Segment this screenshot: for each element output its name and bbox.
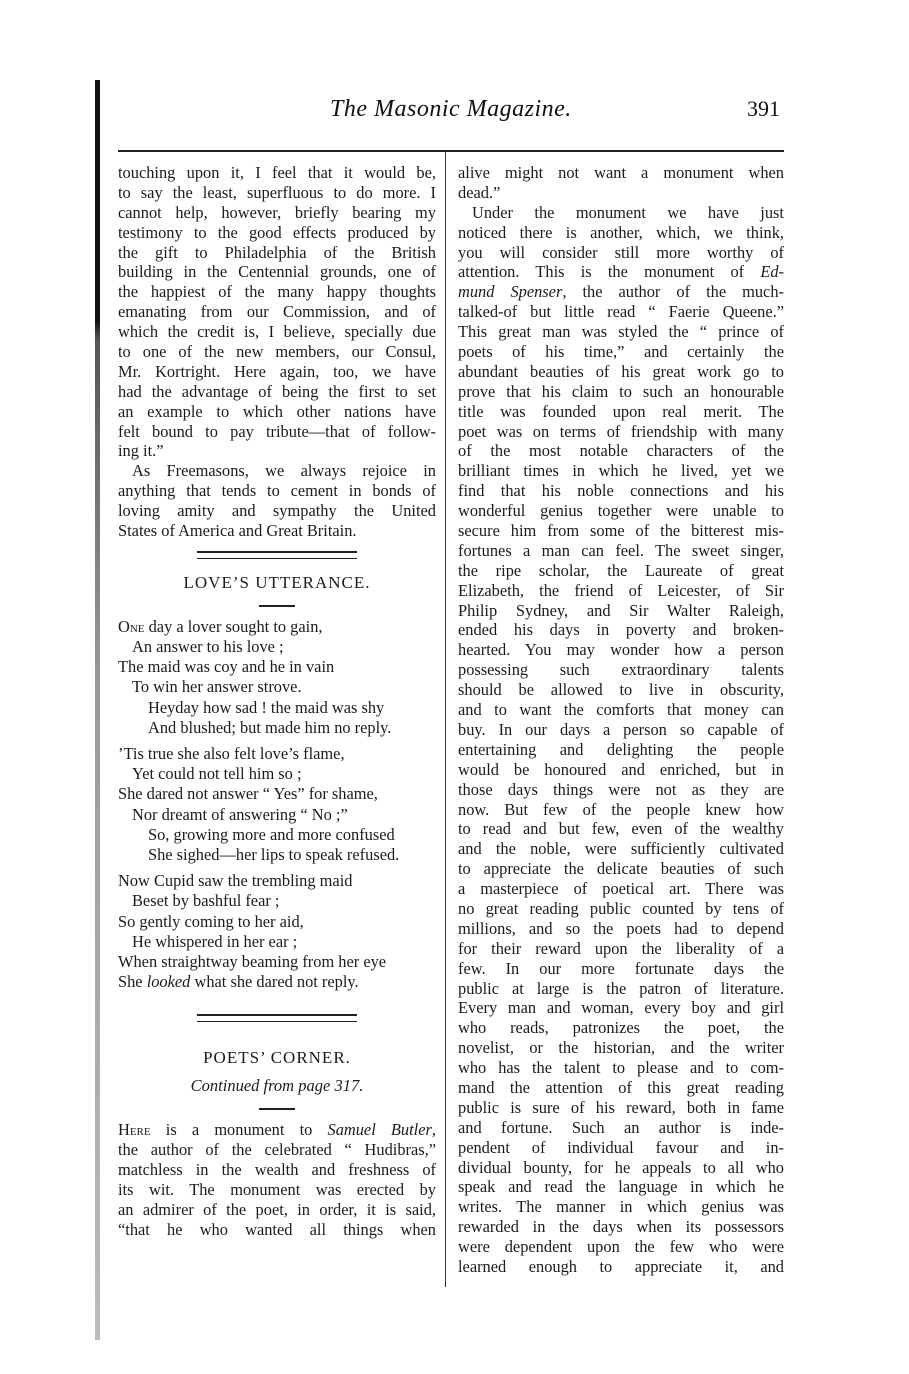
- poem-line: So, growing more and more confused: [118, 825, 436, 845]
- poem-line: She looked what she dared not reply.: [118, 972, 436, 992]
- page-gutter-edge: [95, 80, 100, 1340]
- poem-line: Beset by bashful fear ;: [118, 891, 436, 911]
- text-line: to say the least, superfluous to do more…: [118, 183, 436, 203]
- poem-line: To win her answer strove.: [118, 677, 436, 697]
- text-line: the gift to Philadelphia of the British: [118, 243, 436, 263]
- poets-corner-paragraph: Here is a monument to Samuel Butler,the …: [118, 1120, 436, 1239]
- text-line: alive might not want a monument when: [458, 163, 784, 183]
- text-line: mund Spenser, the author of the much-: [458, 282, 784, 302]
- text-line: Mr. Kortright. Here again, too, we have: [118, 362, 436, 382]
- text-line: poets of his time,” and certainly the: [458, 342, 784, 362]
- text-line: its wit. The monument was erected by: [118, 1180, 436, 1200]
- poem-line: Now Cupid saw the trembling maid: [118, 871, 436, 891]
- text-line: a masterpiece of poetical art. There was: [458, 879, 784, 899]
- text-line: find that his noble connections and his: [458, 481, 784, 501]
- text-line: anything that tends to cement in bonds o…: [118, 481, 436, 501]
- poem-line: When straightway beaming from her eye: [118, 952, 436, 972]
- text-line: emanating from our Commission, and of: [118, 302, 436, 322]
- text-line: Elizabeth, the friend of Leicester, of S…: [458, 581, 784, 601]
- emphasis: looked: [147, 972, 191, 991]
- poem-body: One day a lover sought to gain,An answer…: [118, 617, 436, 992]
- text-line: for their reward upon the liberality of …: [458, 939, 784, 959]
- poem-line: She dared not answer “ Yes” for shame,: [118, 784, 436, 804]
- section-divider: [197, 551, 357, 559]
- running-title: The Masonic Magazine.: [330, 96, 572, 123]
- text-line: and fortune. Such an author is inde-: [458, 1118, 784, 1138]
- text-line: abundant beauties of his great work go t…: [458, 362, 784, 382]
- text-line: were dependent upon the few who were: [458, 1237, 784, 1257]
- opening-word: Here: [118, 1120, 151, 1139]
- text-line: rewarded in the days when its possessors: [458, 1217, 784, 1237]
- text-line: entertaining and delighting the people: [458, 740, 784, 760]
- text-line: buy. In our days a person so capable of: [458, 720, 784, 740]
- text-line: public is sure of his reward, both in fa…: [458, 1098, 784, 1118]
- text-line: “that he who wanted all things when: [118, 1220, 436, 1240]
- text-line: now. But few of the people knew how: [458, 800, 784, 820]
- text-line: the happiest of the many happy thoughts: [118, 282, 436, 302]
- poets-corner-title: POETS’ CORNER.: [118, 1048, 436, 1070]
- text-line: pendent of individual favour and in-: [458, 1138, 784, 1158]
- text-line: public at large is the patron of literat…: [458, 979, 784, 999]
- text-line: noticed there is another, which, we thin…: [458, 223, 784, 243]
- text-line: title was founded upon real merit. The: [458, 402, 784, 422]
- text-line: brilliant times in which he lived, yet w…: [458, 461, 784, 481]
- text-line: novelist, or the historian, and the writ…: [458, 1038, 784, 1058]
- continued-note: Continued from page 317.: [118, 1076, 436, 1098]
- poem-line: So gently coming to her aid,: [118, 912, 436, 932]
- text-line: felt bound to pay tribute—that of follow…: [118, 422, 436, 442]
- poem-line: She sighed—her lips to speak refused.: [118, 845, 436, 865]
- text-line: poet was on terms of friendship with man…: [458, 422, 784, 442]
- emphasis: Samuel Butler: [328, 1120, 432, 1139]
- text-line: mand the attention of this great reading: [458, 1078, 784, 1098]
- text-line: touching upon it, I feel that it would b…: [118, 163, 436, 183]
- emphasis: mund Spenser: [458, 282, 562, 301]
- text-line: States of America and Great Britain.: [118, 521, 436, 541]
- poem-line: The maid was coy and he in vain: [118, 657, 436, 677]
- poem-line: One day a lover sought to gain,: [118, 617, 436, 637]
- text-line: Philip Sydney, and Sir Walter Raleigh,: [458, 601, 784, 621]
- text-line: you will consider still more worthy of: [458, 243, 784, 263]
- text-line: Under the monument we have just: [458, 203, 784, 223]
- poem-line: Heyday how sad ! the maid was shy: [118, 698, 436, 718]
- text-line: possessing such extraordinary talents: [458, 660, 784, 680]
- text-line: cannot help, however, briefly bearing my: [118, 203, 436, 223]
- title-rule: [259, 1108, 295, 1110]
- text-line: who has the talent to please and to com-: [458, 1058, 784, 1078]
- text-line: wonderful genius together were unable to: [458, 501, 784, 521]
- poem-line: Nor dreamt of answering “ No ;”: [118, 805, 436, 825]
- column-divider: [445, 152, 446, 1287]
- text-line: secure him from some of the bitterest mi…: [458, 521, 784, 541]
- text-line: building in the Centennial grounds, one …: [118, 262, 436, 282]
- poem-line: ’Tis true she also felt love’s flame,: [118, 744, 436, 764]
- freemasons-paragraph: As Freemasons, we always rejoice inanyth…: [118, 461, 436, 541]
- text-line: matchless in the wealth and freshness of: [118, 1160, 436, 1180]
- intro-paragraph: touching upon it, I feel that it would b…: [118, 163, 436, 461]
- text-line: dead.”: [458, 183, 784, 203]
- page-header: The Masonic Magazine. 391: [330, 96, 780, 126]
- text-line: who reads, patronizes the poet, the: [458, 1018, 784, 1038]
- text-line: attention. This is the monument of Ed-: [458, 262, 784, 282]
- page-number: 391: [747, 96, 780, 122]
- poem-line: Yet could not tell him so ;: [118, 764, 436, 784]
- text-line: the author of the celebrated “ Hudibras,…: [118, 1140, 436, 1160]
- text-line: to read and but few, even of the wealthy: [458, 819, 784, 839]
- text-line: ended his days in poverty and broken-: [458, 620, 784, 640]
- text-line: few. In our more fortunate days the: [458, 959, 784, 979]
- text-line: millions, and so the poets had to depend: [458, 919, 784, 939]
- section-divider: [197, 1014, 357, 1022]
- text-line: an admirer of the poet, in order, it is …: [118, 1200, 436, 1220]
- text-line: Every man and woman, every boy and girl: [458, 998, 784, 1018]
- text-line: those days things were not as they are: [458, 780, 784, 800]
- poem-title: LOVE’S UTTERANCE.: [118, 573, 436, 595]
- text-line: and to want the comforts that money can: [458, 700, 784, 720]
- text-line: As Freemasons, we always rejoice in: [118, 461, 436, 481]
- poem-line: He whispered in her ear ;: [118, 932, 436, 952]
- text-line: ing it.”: [118, 441, 436, 461]
- text-line: speak and read the language in which he: [458, 1177, 784, 1197]
- poem-line: An answer to his love ;: [118, 637, 436, 657]
- text-line: no great reading public counted by tens …: [458, 899, 784, 919]
- text-line: This great man was styled the “ prince o…: [458, 322, 784, 342]
- text-line: which the credit is, I believe, speciall…: [118, 322, 436, 342]
- emphasis: Ed-: [760, 262, 784, 281]
- text-line: to appreciate the delicate beauties of s…: [458, 859, 784, 879]
- text-line: and the noble, were sufficiently cultiva…: [458, 839, 784, 859]
- text-line: loving amity and sympathy the United: [118, 501, 436, 521]
- text-line: to one of the new members, our Consul,: [118, 342, 436, 362]
- text-line: learned enough to appreciate it, and: [458, 1257, 784, 1277]
- header-rule: [118, 150, 784, 152]
- poem-line: And blushed; but made him no reply.: [118, 718, 436, 738]
- opening-word: One: [118, 617, 145, 636]
- title-rule: [259, 605, 295, 607]
- right-column: alive might not want a monument whendead…: [458, 163, 784, 1277]
- text-line: Here is a monument to Samuel Butler,: [118, 1120, 436, 1140]
- text-line: the ripe scholar, the Laureate of great: [458, 561, 784, 581]
- text-line: talked-of but little read “ Faerie Queen…: [458, 302, 784, 322]
- text-line: fortunes a man can feel. The sweet singe…: [458, 541, 784, 561]
- text-line: an example to which other nations have: [118, 402, 436, 422]
- text-line: testimony to the good effects produced b…: [118, 223, 436, 243]
- text-line: prove that his claim to such an honourab…: [458, 382, 784, 402]
- text-line: dividual bounty, for he appeals to all w…: [458, 1158, 784, 1178]
- text-line: should be allowed to live in obscurity,: [458, 680, 784, 700]
- text-line: writes. The manner in which genius was: [458, 1197, 784, 1217]
- text-line: had the advantage of being the first to …: [118, 382, 436, 402]
- left-column: touching upon it, I feel that it would b…: [118, 163, 436, 1240]
- text-line: of the most notable characters of the: [458, 441, 784, 461]
- text-line: would be honoured and enriched, but in: [458, 760, 784, 780]
- text-line: hearted. You may wonder how a person: [458, 640, 784, 660]
